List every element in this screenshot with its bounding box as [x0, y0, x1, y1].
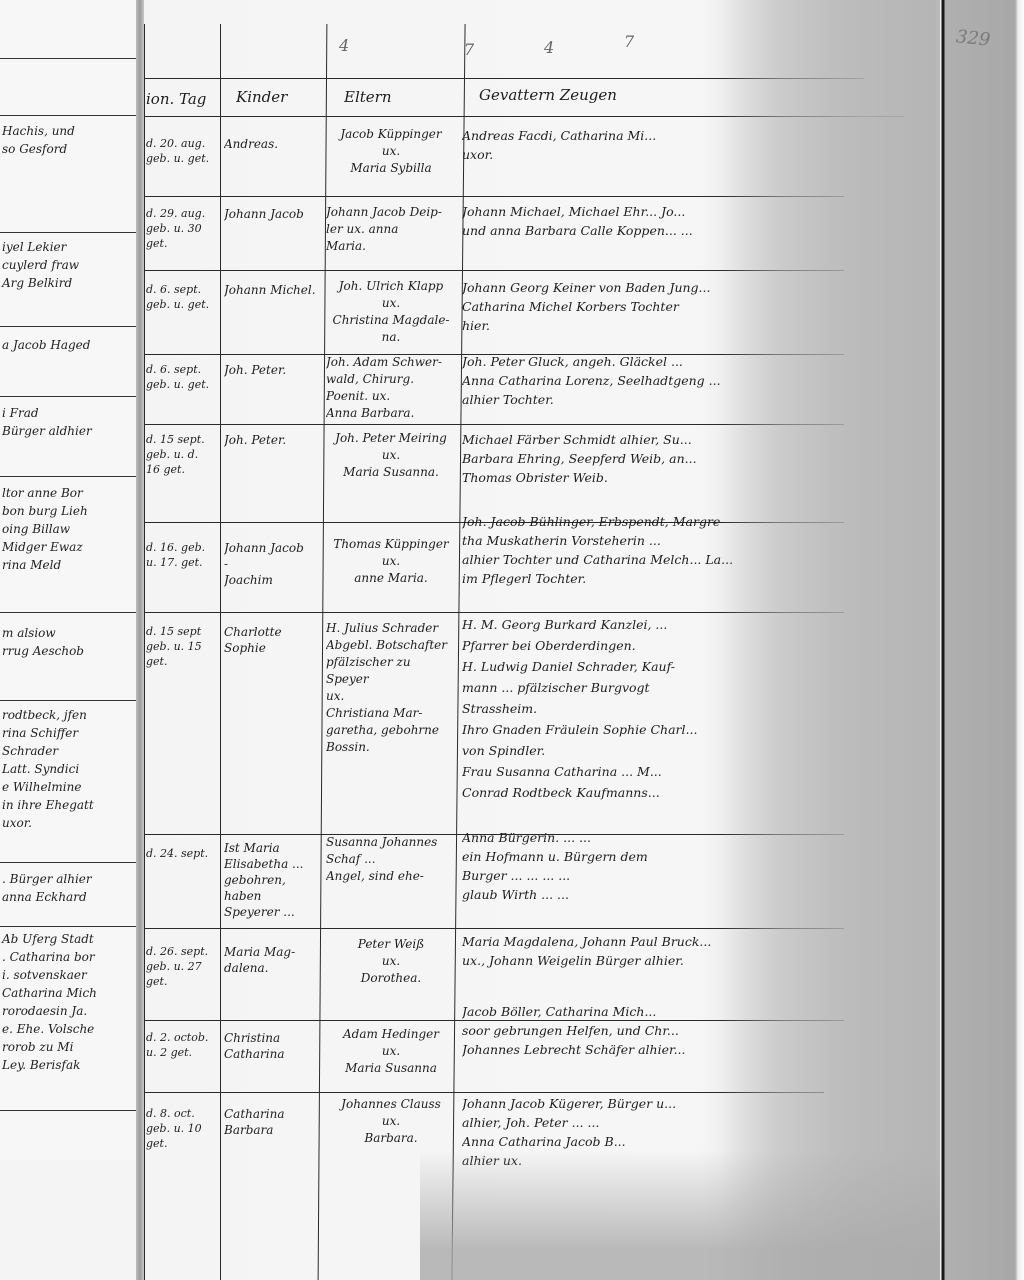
entry-child: Johann Jacob: [224, 206, 320, 222]
entry-date: d. 6. sept. geb. u. get.: [146, 282, 218, 312]
header-parents: Eltern: [344, 88, 474, 106]
entry-child: Joh. Peter.: [224, 362, 320, 378]
header-sponsors: Gevattern Zeugen: [479, 86, 899, 104]
entry-child: Joh. Peter.: [224, 432, 320, 448]
entry-date: d. 29. aug. geb. u. 30 get.: [146, 206, 218, 251]
row-rule: [144, 78, 864, 79]
entry-parents: Joh. Ulrich Klapp ux. Christina Magdale-…: [326, 278, 456, 346]
rule-line: [0, 862, 136, 863]
column-number: 7: [624, 32, 634, 51]
column-number: 7: [464, 40, 474, 59]
rule-line: [0, 476, 136, 477]
entry-date: d. 16. geb. u. 17. get.: [146, 540, 218, 570]
rule-line: [0, 232, 136, 233]
entry-child: Johann Michel.: [224, 282, 320, 298]
rule-line: [0, 396, 136, 397]
row-rule: [144, 116, 904, 117]
rule-line: [0, 700, 136, 701]
entry-parents: Susanna Johannes Schaf ... Angel, sind e…: [326, 834, 456, 885]
entry-parents: Joh. Peter Meiring ux. Maria Susanna.: [326, 430, 456, 481]
rule-line: [0, 58, 136, 59]
entry-parents: Thomas Küppinger ux. anne Maria.: [326, 536, 456, 587]
entry-date: d. 24. sept.: [146, 846, 218, 861]
entry-child: Johann Jacob - Joachim: [224, 540, 320, 588]
entry-parents: Johannes Clauss ux. Barbara.: [326, 1096, 456, 1147]
row-rule: [144, 270, 844, 271]
left-fragment: iyel Lekier cuylerd fraw Arg Belkird: [2, 238, 134, 292]
page-number: 329: [955, 26, 991, 50]
entry-child: Charlotte Sophie: [224, 624, 320, 656]
left-fragment: Hachis, und so Gesford: [2, 122, 134, 158]
rule-line: [0, 1110, 136, 1111]
entry-parents: Johann Jacob Deip- ler ux. anna Maria.: [326, 204, 456, 255]
left-fragment: ltor anne Bor bon burg Lieh oing Billaw …: [2, 484, 134, 574]
book-gutter: [136, 0, 144, 1280]
entry-child: Ist Maria Elisabetha ... gebohren, haben…: [224, 840, 320, 920]
left-fragment: . Bürger alhier anna Eckhard: [2, 870, 134, 906]
entry-child: Catharina Barbara: [224, 1106, 320, 1138]
entry-parents: H. Julius Schrader Abgebl. Botschafter p…: [326, 620, 456, 756]
entry-sponsors: Anna Bürgerin. ... ... ein Hofmann u. Bü…: [462, 828, 882, 904]
entry-sponsors: Michael Färber Schmidt alhier, Su... Bar…: [462, 430, 882, 487]
header-date: ion. Tag: [146, 90, 218, 108]
entry-date: d. 26. sept. geb. u. 27 get.: [146, 944, 218, 989]
entry-date: d. 8. oct. geb. u. 10 get.: [146, 1106, 218, 1151]
left-fragment: m alsiow rrug Aeschob: [2, 624, 134, 660]
entry-child: Maria Mag- dalena.: [224, 944, 320, 976]
left-facing-page: Hachis, und so Gesford iyel Lekier cuyle…: [0, 0, 137, 1160]
row-rule: [144, 928, 844, 929]
register-page: 4 7 4 7 329 ion. Tag Kinder Eltern Gevat…: [144, 0, 940, 1280]
column-number: 4: [544, 38, 554, 57]
left-fragment: rodtbeck, jfen rina Schiffer Schrader La…: [2, 706, 134, 832]
entry-sponsors: H. M. Georg Burkard Kanzlei, ... Pfarrer…: [462, 614, 882, 803]
entry-sponsors: Joh. Peter Gluck, angeh. Gläckel ... Ann…: [462, 352, 882, 409]
row-rule: [144, 424, 844, 425]
entry-date: d. 15 sept. geb. u. d. 16 get.: [146, 432, 218, 477]
left-fragment: a Jacob Haged: [2, 336, 134, 354]
rule-line: [0, 926, 136, 927]
entry-date: d. 2. octob. u. 2 get.: [146, 1030, 218, 1060]
entry-parents: Adam Hedinger ux. Maria Susanna: [326, 1026, 456, 1077]
rule-line: [0, 115, 136, 116]
entry-sponsors: Andreas Facdi, Catharina Mi... uxor.: [462, 126, 882, 164]
entry-date: d. 20. aug. geb. u. get.: [146, 136, 218, 166]
entry-sponsors: Johann Jacob Kügerer, Bürger u... alhier…: [462, 1094, 882, 1170]
entry-child: Andreas.: [224, 136, 320, 152]
entry-parents: Jacob Küppinger ux. Maria Sybilla: [326, 126, 456, 177]
entry-date: d. 15 sept geb. u. 15 get.: [146, 624, 218, 669]
entry-sponsors: Joh. Jacob Bühlinger, Erbspendt, Margre-…: [462, 512, 882, 588]
entry-child: Christina Catharina: [224, 1030, 320, 1062]
rule-line: [0, 326, 136, 327]
left-fragment: i Frad Bürger aldhier: [2, 404, 134, 440]
entry-sponsors: Johann Georg Keiner von Baden Jung... Ca…: [462, 278, 882, 335]
entry-date: d. 6. sept. geb. u. get.: [146, 362, 218, 392]
row-rule: [144, 612, 844, 613]
entry-sponsors: Johann Michael, Michael Ehr... Jo... und…: [462, 202, 882, 240]
entry-sponsors: Maria Magdalena, Johann Paul Bruck... ux…: [462, 932, 882, 970]
row-rule: [144, 1092, 824, 1093]
entry-parents: Joh. Adam Schwer- wald, Chirurg. Poenit.…: [326, 354, 456, 422]
header-child: Kinder: [236, 88, 332, 106]
entry-parents: Peter Weiß ux. Dorothea.: [326, 936, 456, 987]
row-rule: [144, 196, 844, 197]
rule-line: [0, 612, 136, 613]
entry-sponsors: Jacob Böller, Catharina Mich... soor geb…: [462, 1002, 882, 1059]
left-fragment: Ab Uferg Stadt . Catharina bor i. sotven…: [2, 930, 134, 1074]
column-number: 4: [339, 36, 349, 55]
